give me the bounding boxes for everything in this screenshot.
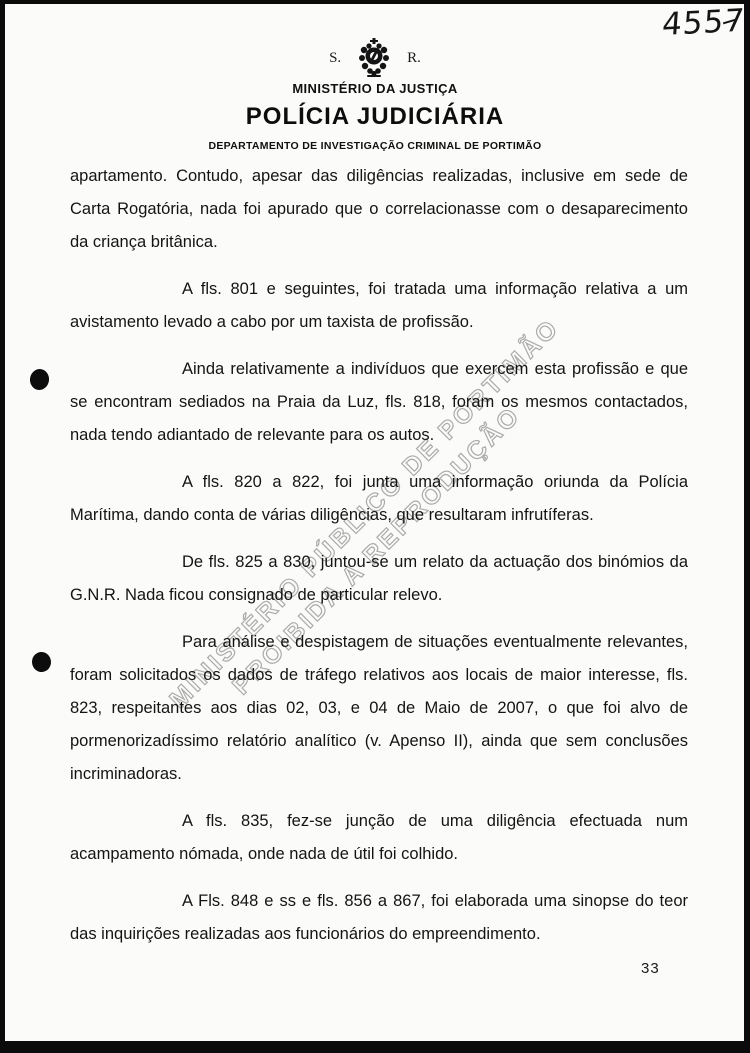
scan-border-bottom: [0, 1041, 750, 1053]
page-number: 33: [641, 960, 660, 977]
paragraph-5: De fls. 825 a 830, juntou-se um relato d…: [70, 546, 688, 612]
crest-right-initial: R.: [407, 50, 421, 67]
paragraph-7: A fls. 835, fez-se junção de uma diligên…: [70, 805, 688, 871]
paragraph-6: Para análise e despistagem de situações …: [70, 626, 688, 791]
hole-punch-mark-bottom: [31, 651, 52, 673]
handwritten-page-number-text: 4557: [661, 3, 746, 44]
paragraph-2: A fls. 801 e seguintes, foi tratada uma …: [70, 273, 688, 339]
crest-left-initial: S.: [329, 50, 341, 67]
hole-punch-mark-top: [29, 368, 51, 391]
department-title: DEPARTAMENTO DE INVESTIGAÇÃO CRIMINAL DE…: [0, 140, 750, 152]
paragraph-8: A Fls. 848 e ss e fls. 856 a 867, foi el…: [70, 885, 688, 951]
paragraph-3: Ainda relativamente a indivíduos que exe…: [70, 353, 688, 452]
paragraph-4: A fls. 820 a 822, foi junta uma informaç…: [70, 466, 688, 532]
scan-border-top: [0, 0, 750, 4]
paragraph-1: apartamento. Contudo, apesar das diligên…: [70, 160, 688, 259]
letterhead: S.: [0, 38, 750, 152]
agency-title: POLÍCIA JUDICIÁRIA: [0, 103, 750, 131]
scanned-document-page: { "annotations": { "handwritten_number":…: [0, 0, 750, 1053]
ministry-title: MINISTÉRIO DA JUSTIÇA: [0, 81, 750, 96]
document-body: apartamento. Contudo, apesar das diligên…: [70, 160, 688, 965]
scan-border-left: [0, 0, 5, 1053]
crest-row: S.: [0, 38, 750, 78]
scan-border-right: [744, 0, 750, 1053]
coat-of-arms-icon: [357, 38, 391, 78]
